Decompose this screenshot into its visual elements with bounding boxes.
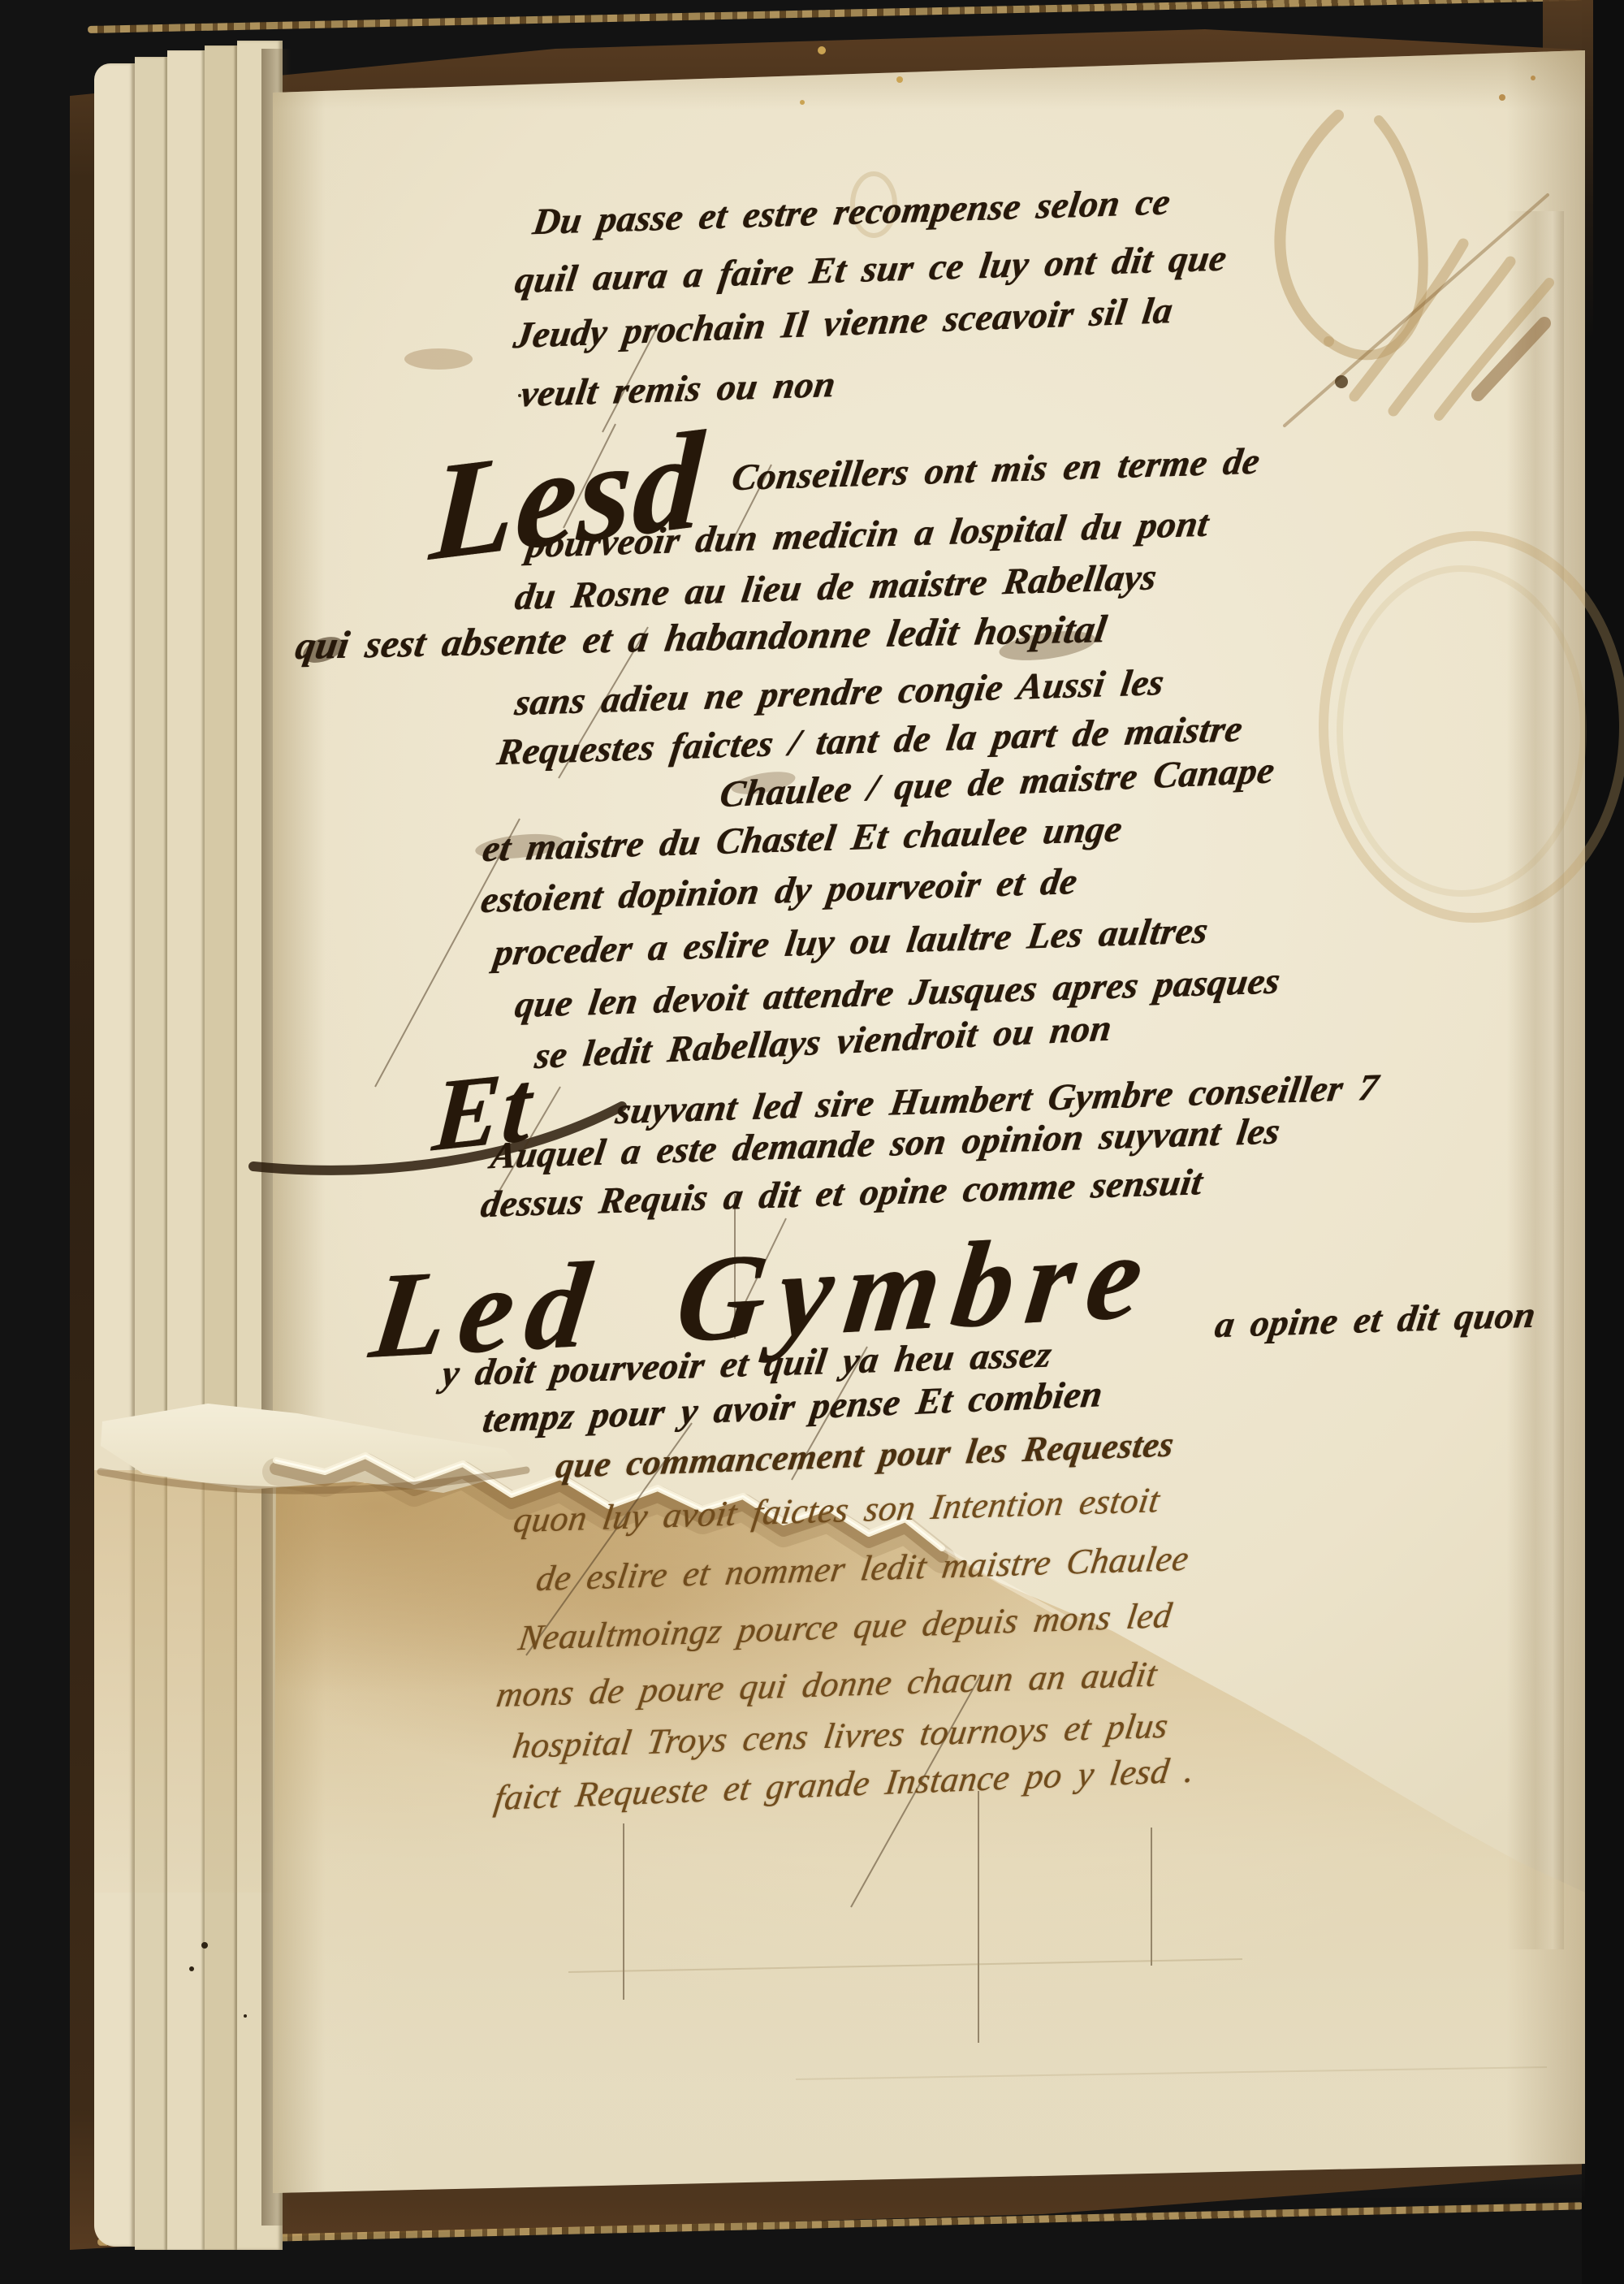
text-layer: Du passe et estre recompense selon cequi… xyxy=(0,0,1624,2284)
text-line: mons de poure qui donne chacun an audit xyxy=(495,1656,1160,1713)
text-line: Conseillers ont mis en terme de xyxy=(729,443,1262,497)
text-line: estoient dopinion dy pourveoir et de xyxy=(478,863,1079,919)
text-line: de eslire et nommer ledit maistre Chaule… xyxy=(534,1541,1191,1597)
text-line: et maistre du Chastel Et chaulee unge xyxy=(480,810,1125,867)
text-line: Neaultmoingz pource que depuis mons led xyxy=(516,1598,1174,1656)
text-line: quon luy avoit faictes son Intention est… xyxy=(512,1482,1162,1538)
photograph-of-manuscript: Du passe et estre recompense selon cequi… xyxy=(0,0,1624,2284)
text-line: a opine et dit quon xyxy=(1212,1296,1538,1344)
text-line: Jeudy prochain Il vienne sceavoir sil la xyxy=(512,292,1175,354)
text-line: quil aura a faire Et sur ce luy ont dit … xyxy=(512,239,1229,299)
text-line: qui sest absente et a habandonne ledit h… xyxy=(293,610,1110,666)
text-line: proceder a eslire luy ou laultre Les aul… xyxy=(491,911,1210,971)
text-line: que len devoit attendre Jusques apres pa… xyxy=(512,962,1282,1023)
text-line: Du passe et estre recompense selon ce xyxy=(530,183,1173,240)
text-line: que commancement pour les Requestes xyxy=(554,1426,1177,1484)
